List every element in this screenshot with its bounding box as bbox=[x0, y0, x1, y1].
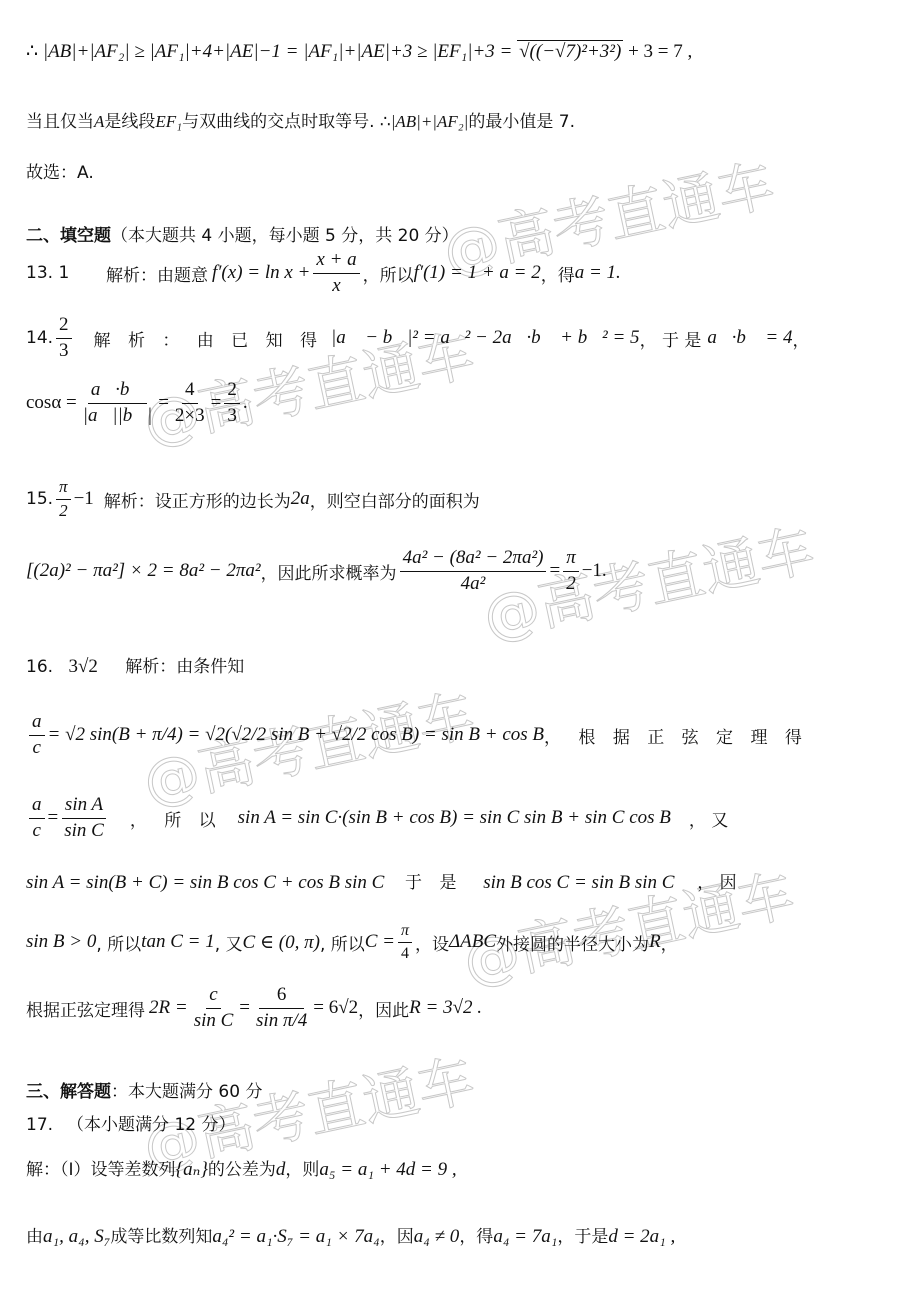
text: 解：（Ⅰ）设等差数列 bbox=[26, 1160, 176, 1180]
heading-bold: 二、填空题 bbox=[26, 226, 111, 246]
equals: = bbox=[158, 392, 169, 414]
heading-note: ：本大题满分 60 分 bbox=[111, 1082, 262, 1102]
equals: = bbox=[239, 997, 250, 1019]
fraction-pi-over-4: π4 bbox=[398, 922, 412, 962]
denominator: x bbox=[329, 274, 343, 297]
expr: C = bbox=[365, 931, 395, 953]
denominator: sin π/4 bbox=[253, 1009, 310, 1032]
text: 根据正弦定理得 bbox=[26, 996, 145, 1021]
text: 是线段 bbox=[104, 112, 155, 132]
fraction: π2 bbox=[563, 548, 579, 595]
text: 解 析 ： 由 已 知 得 bbox=[94, 326, 323, 351]
therefore-symbol: ∴ bbox=[380, 112, 391, 132]
inequality-line: ∴ |AB|+|AF₂| ≥ |AF₁|+4+|AE|−1 = |AF₁|+|A… bbox=[26, 40, 692, 63]
text: ，得 bbox=[541, 261, 575, 286]
segment: EF₁ bbox=[155, 112, 182, 131]
text: , 又 bbox=[215, 930, 243, 955]
numerator: 2 bbox=[56, 315, 72, 339]
expr: a₄ = 7a₁ bbox=[493, 1226, 557, 1247]
text: ，得 bbox=[459, 1227, 493, 1247]
expr: f′(x) = ln x + bbox=[212, 262, 310, 284]
text: ， 于 是 bbox=[640, 326, 702, 351]
expr: a₄ ≠ 0 bbox=[414, 1226, 460, 1247]
text: ， 又 bbox=[689, 806, 728, 831]
var: d bbox=[276, 1159, 286, 1180]
text: 当且仅当 bbox=[26, 112, 94, 132]
numerator: sin A bbox=[62, 795, 106, 819]
terms: a₁, a₄, S₇ bbox=[43, 1226, 110, 1247]
var: A bbox=[94, 112, 104, 131]
fraction: a⃗·b⃗|a⃗||b⃗| bbox=[80, 380, 155, 427]
expr: R = 3√2 . bbox=[409, 997, 482, 1019]
question-17-header: 17.（本小题满分 12 分） bbox=[26, 1110, 236, 1135]
expr: sin A = sin C·(sin B + cos B) = sin C si… bbox=[238, 807, 671, 829]
text: ， 根 据 正 弦 定 理 得 bbox=[544, 723, 808, 748]
question-number: 15. bbox=[26, 489, 53, 509]
equals: = bbox=[48, 807, 59, 829]
equals: = bbox=[549, 560, 560, 582]
expr: a₄² = a₁·S₇ = a₁ × 7a₄ bbox=[212, 1226, 379, 1247]
question-16-line5: 根据正弦定理得 2R = csin C = 6sin π/4 = 6√2 ，因此… bbox=[26, 985, 482, 1032]
heading-note: （本大题共 4 小题，每小题 5 分，共 20 分） bbox=[111, 226, 459, 246]
question-15: 15. π2 −1 解析：设正方形的边长为 2a ，则空白部分的面积为 bbox=[26, 478, 480, 520]
numerator: 2 bbox=[224, 380, 240, 404]
text: ，因此 bbox=[358, 996, 409, 1021]
denominator: c bbox=[30, 736, 44, 759]
denominator: 2 bbox=[563, 572, 579, 595]
question-16-line1: ac = √2 sin(B + π/4) = √2(√2/2 sin B + √… bbox=[26, 712, 808, 759]
numerator: 6 bbox=[259, 985, 305, 1009]
question-14: 14. 23 解 析 ： 由 已 知 得 |a⃗ − b⃗|² = a⃗² − … bbox=[26, 315, 810, 362]
expr: a⃗·b⃗ = 4 bbox=[707, 327, 792, 349]
text: 于 是 bbox=[405, 873, 462, 893]
denominator: 4a² bbox=[458, 572, 489, 595]
question-17-line1: 解：（Ⅰ）设等差数列{aₙ}的公差为d，则a₅ = a₁ + 4d = 9 , bbox=[26, 1155, 457, 1181]
denominator: 2×3 bbox=[172, 404, 208, 427]
expr: sin B cos C = sin B sin C bbox=[483, 872, 674, 893]
text: 的公差为 bbox=[208, 1160, 276, 1180]
score-note: （本小题满分 12 分） bbox=[67, 1115, 235, 1135]
numerator: x + a bbox=[313, 250, 359, 274]
section-2-heading: 二、填空题（本大题共 4 小题，每小题 5 分，共 20 分） bbox=[26, 221, 459, 246]
therefore-symbol: ∴ bbox=[26, 41, 38, 62]
equality-condition: 当且仅当A是线段EF₁与双曲线的交点时取等号. ∴|AB|+|AF₂|的最小值是… bbox=[26, 107, 575, 132]
text: , 所以 bbox=[320, 930, 365, 955]
answer-fraction: 23 bbox=[56, 315, 72, 362]
fraction: 6sin π/4 bbox=[253, 985, 310, 1032]
text: ，则空白部分的面积为 bbox=[310, 487, 480, 512]
cos-lhs: cosα = bbox=[26, 392, 77, 414]
expr: = √2 sin(B + π/4) = √2(√2/2 sin B + √2/2… bbox=[48, 724, 545, 746]
text: ，则 bbox=[285, 1160, 319, 1180]
expr: sin B > 0 bbox=[26, 931, 96, 953]
denominator: sin C bbox=[61, 819, 107, 842]
fraction-sinA-over-sinC: sin Asin C bbox=[61, 795, 107, 842]
fraction: 42×3 bbox=[172, 380, 208, 427]
question-number: 14. bbox=[26, 328, 53, 348]
fraction-a-over-c: ac bbox=[29, 795, 45, 842]
numerator: a bbox=[29, 712, 45, 736]
question-16-line4: sin B > 0 , 所以 tan C = 1 , 又 C ∈ (0, π) … bbox=[26, 922, 678, 962]
expr: |a⃗ − b⃗|² = a⃗² − 2a⃗·b⃗ + b⃗² = 5 bbox=[331, 327, 640, 349]
denominator: c bbox=[30, 819, 44, 842]
text: ，设 bbox=[415, 930, 449, 955]
fraction: 23 bbox=[224, 380, 240, 427]
heading-bold: 三、解答题 bbox=[26, 1082, 111, 1102]
text: , 所以 bbox=[96, 930, 141, 955]
denominator: 3 bbox=[224, 404, 240, 427]
text: ，所以 bbox=[363, 261, 414, 286]
numerator: a⃗·b⃗ bbox=[88, 380, 147, 404]
equals: = bbox=[211, 392, 222, 414]
fraction: csin C bbox=[191, 985, 237, 1032]
expr: C ∈ (0, π) bbox=[243, 931, 320, 954]
text: ， 所 以 bbox=[130, 806, 222, 831]
question-15-area: [(2a)² − πa²] × 2 = 8a² − 2πa² ，因此所求概率为 … bbox=[26, 548, 607, 595]
text: 解析：由条件知 bbox=[125, 657, 244, 677]
numerator: π bbox=[563, 548, 579, 572]
fraction: x + ax bbox=[313, 250, 359, 297]
denominator: 2 bbox=[56, 500, 71, 521]
expr: 2R = bbox=[149, 997, 188, 1019]
question-17-line2: 由a₁, a₄, S₇成等比数列知a₄² = a₁·S₇ = a₁ × 7a₄，… bbox=[26, 1222, 675, 1248]
answer-tail: −1 bbox=[74, 488, 94, 510]
numerator: π bbox=[56, 478, 71, 500]
text: 与双曲线的交点时取等号. bbox=[182, 112, 374, 132]
text: ，因 bbox=[380, 1227, 414, 1247]
answer: 3√2 bbox=[68, 656, 97, 677]
expr: tan C = 1 bbox=[141, 931, 215, 953]
denominator: 3 bbox=[56, 339, 72, 362]
answer-choice: 故选：A. bbox=[26, 158, 94, 183]
text: 解析：由题意 bbox=[106, 261, 208, 286]
question-number: 16. bbox=[26, 657, 53, 677]
denominator: sin C bbox=[191, 1009, 237, 1032]
expr: ΔABC bbox=[449, 931, 496, 953]
text: 解析：设正方形的边长为 bbox=[104, 487, 291, 512]
text: ，于是 bbox=[557, 1227, 608, 1247]
numerator: π bbox=[398, 922, 412, 943]
text: 外接圆的半径大小为 bbox=[496, 930, 649, 955]
numerator: c bbox=[206, 985, 220, 1009]
result: a = 1. bbox=[575, 262, 621, 284]
text: 的最小值是 7. bbox=[468, 112, 575, 132]
numerator: a bbox=[29, 795, 45, 819]
sequence: {aₙ} bbox=[176, 1159, 208, 1180]
denominator: 4 bbox=[398, 943, 412, 963]
expr: sin A = sin(B + C) = sin B cos C + cos B… bbox=[26, 872, 384, 893]
inequality-result: + 3 = 7 , bbox=[623, 41, 692, 62]
question-14-cos: cosα = a⃗·b⃗|a⃗||b⃗| = 42×3 = 23. bbox=[26, 380, 248, 427]
question-16-line2: ac = sin Asin C ， 所 以 sin A = sin C·(sin… bbox=[26, 795, 728, 842]
numerator: 4a² − (8a² − 2πa²) bbox=[400, 548, 547, 572]
side-length: 2a bbox=[291, 488, 310, 510]
inequality-expression: |AB|+|AF₂| ≥ |AF₁|+4+|AE|−1 = |AF₁|+|AE|… bbox=[43, 41, 517, 62]
section-3-heading: 三、解答题：本大题满分 60 分 bbox=[26, 1077, 262, 1102]
sqrt-expression: √((−√7)²+3²) bbox=[517, 40, 623, 62]
question-16: 16. 3√2 解析：由条件知 bbox=[26, 652, 244, 678]
text: ， 因 bbox=[697, 873, 736, 893]
denominator: |a⃗||b⃗| bbox=[80, 404, 155, 427]
text: ，因此所求概率为 bbox=[261, 559, 397, 584]
area-expr: [(2a)² − πa²] × 2 = 8a² − 2πa² bbox=[26, 560, 261, 582]
probability-fraction: 4a² − (8a² − 2πa²)4a² bbox=[400, 548, 547, 595]
text: 成等比数列知 bbox=[110, 1227, 212, 1247]
question-13: 13. 1 解析：由题意 f′(x) = ln x + x + ax ，所以 f… bbox=[26, 250, 621, 297]
text: ， bbox=[793, 326, 810, 351]
question-16-line3: sin A = sin(B + C) = sin B cos C + cos B… bbox=[26, 868, 737, 894]
result-tail: −1. bbox=[582, 560, 607, 582]
fraction-a-over-c: ac bbox=[29, 712, 45, 759]
expr: R bbox=[649, 931, 661, 953]
text: 由 bbox=[26, 1227, 43, 1247]
expr: a₅ = a₁ + 4d = 9 , bbox=[319, 1159, 456, 1180]
text: ， bbox=[661, 930, 678, 955]
expr: d = 2a₁ , bbox=[608, 1226, 675, 1247]
expr: |AB|+|AF₂| bbox=[391, 112, 469, 131]
expr: = 6√2 bbox=[313, 997, 358, 1019]
numerator: 4 bbox=[182, 380, 198, 404]
question-number: 17. bbox=[26, 1115, 53, 1135]
question-number: 13. 1 bbox=[26, 263, 106, 283]
answer-fraction: π2 bbox=[56, 478, 71, 520]
expr: f′(1) = 1 + a = 2 bbox=[414, 262, 541, 284]
